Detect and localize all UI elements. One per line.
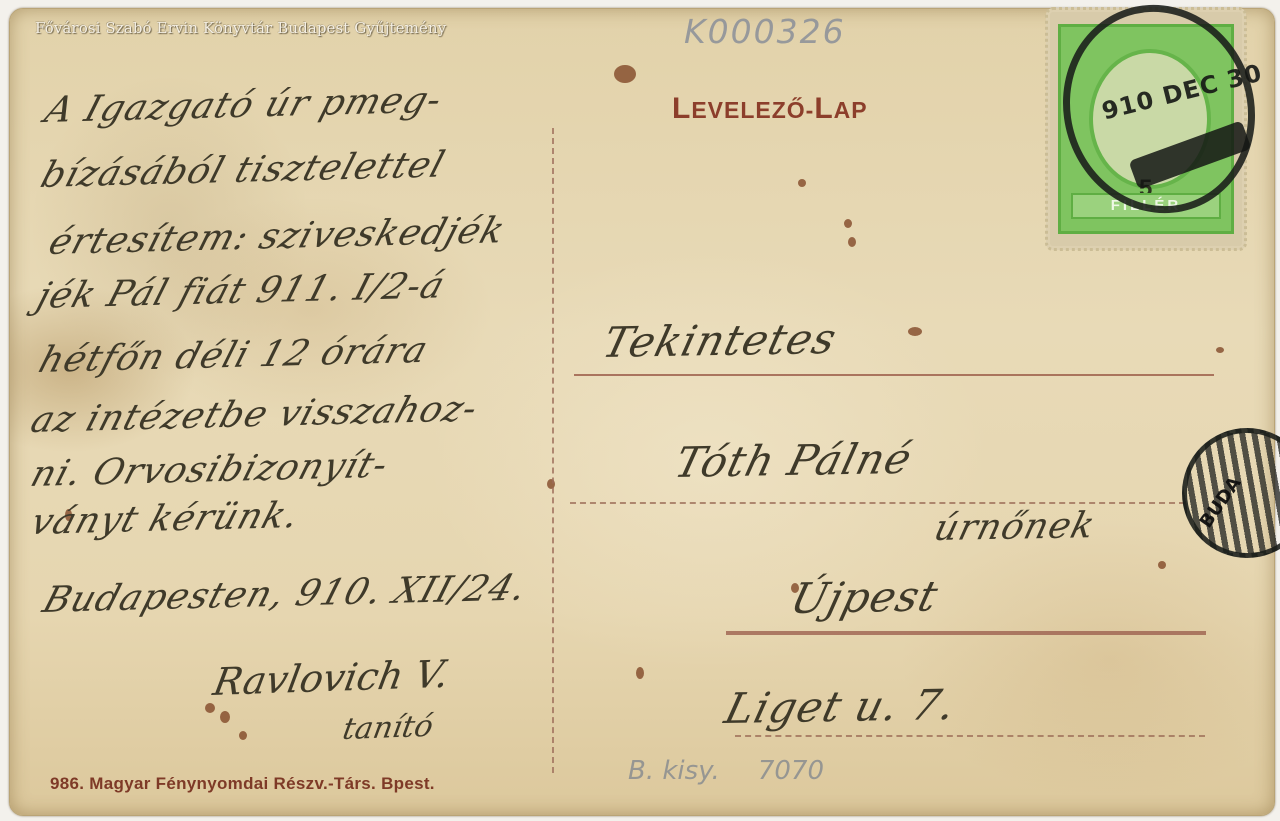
card-title-part: EVELEZŐ-	[691, 97, 814, 123]
foxing-spot	[205, 703, 215, 713]
foxing-spot	[239, 731, 247, 740]
address-line-1	[574, 374, 1214, 376]
address-salutation: Tekintetes	[598, 314, 842, 367]
publisher-imprint: 986. Magyar Fénynyomdai Részv.-Társ. Bpe…	[50, 774, 435, 794]
archive-note-number: 7070	[758, 756, 824, 786]
scan-canvas: Fővárosi Szabó Ervin Könyvtár Budapest G…	[0, 0, 1280, 821]
address-honorific: úrnőnek	[930, 505, 1100, 549]
address-line-2	[570, 502, 1185, 504]
archive-pencil-note: B. kisy.7070	[628, 756, 824, 786]
inventory-number: K000326	[684, 12, 846, 51]
foxing-spot	[220, 711, 230, 723]
foxing-spot	[908, 327, 922, 336]
card-title: LEVELEZŐ-LAP	[672, 92, 868, 126]
archive-note-label: B. kisy.	[628, 756, 720, 786]
message-address-divider	[552, 128, 554, 773]
foxing-spot	[844, 219, 852, 228]
address-line-3	[726, 631, 1206, 635]
foxing-spot	[636, 667, 644, 679]
card-title-initial: L	[814, 92, 833, 125]
foxing-spot	[1158, 561, 1166, 569]
signature: Ravlovich V.	[210, 652, 452, 704]
address-street: Liget u. 7.	[720, 680, 961, 733]
collection-watermark: Fővárosi Szabó Ervin Könyvtár Budapest G…	[35, 19, 446, 37]
address-line-4	[735, 735, 1205, 737]
signature-title: tanító	[340, 709, 436, 747]
card-title-part: AP	[834, 97, 868, 123]
address-name: Tóth Pálné	[670, 434, 917, 487]
foxing-spot	[614, 65, 636, 83]
address-city: Újpest	[786, 571, 944, 623]
foxing-spot	[798, 179, 806, 187]
foxing-spot	[1216, 347, 1224, 353]
card-title-initial: L	[672, 92, 691, 125]
foxing-spot	[848, 237, 856, 247]
message-line: ványt kérünk.	[26, 495, 305, 543]
